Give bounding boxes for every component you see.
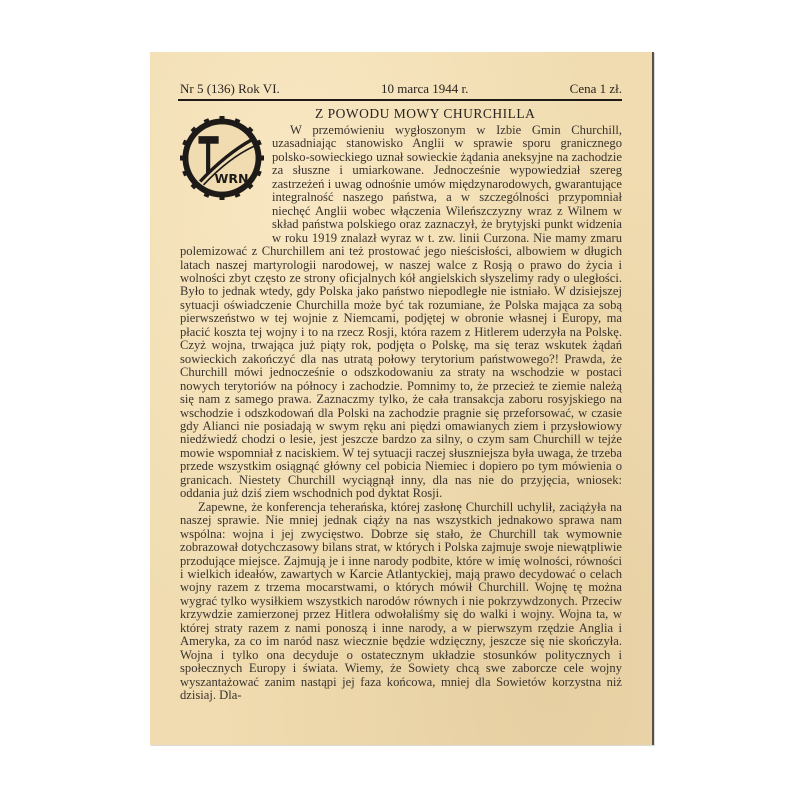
article-body: W przemówieniu wygłoszonym w Izbie Gmin … bbox=[180, 124, 622, 702]
issue-price: Cena 1 zł. bbox=[570, 81, 622, 97]
issue-number: Nr 5 (136) Rok VI. bbox=[180, 81, 280, 97]
newspaper-page: Nr 5 (136) Rok VI. 10 marca 1944 r. Cena… bbox=[150, 52, 654, 745]
masthead: Nr 5 (136) Rok VI. 10 marca 1944 r. Cena… bbox=[180, 81, 622, 97]
article-paragraph: Zapewne, że konferencja teherańska, któr… bbox=[180, 501, 622, 703]
article-title: Z POWODU MOWY CHURCHILLA bbox=[315, 106, 535, 122]
masthead-rule bbox=[178, 99, 622, 101]
issue-date: 10 marca 1944 r. bbox=[381, 81, 468, 97]
